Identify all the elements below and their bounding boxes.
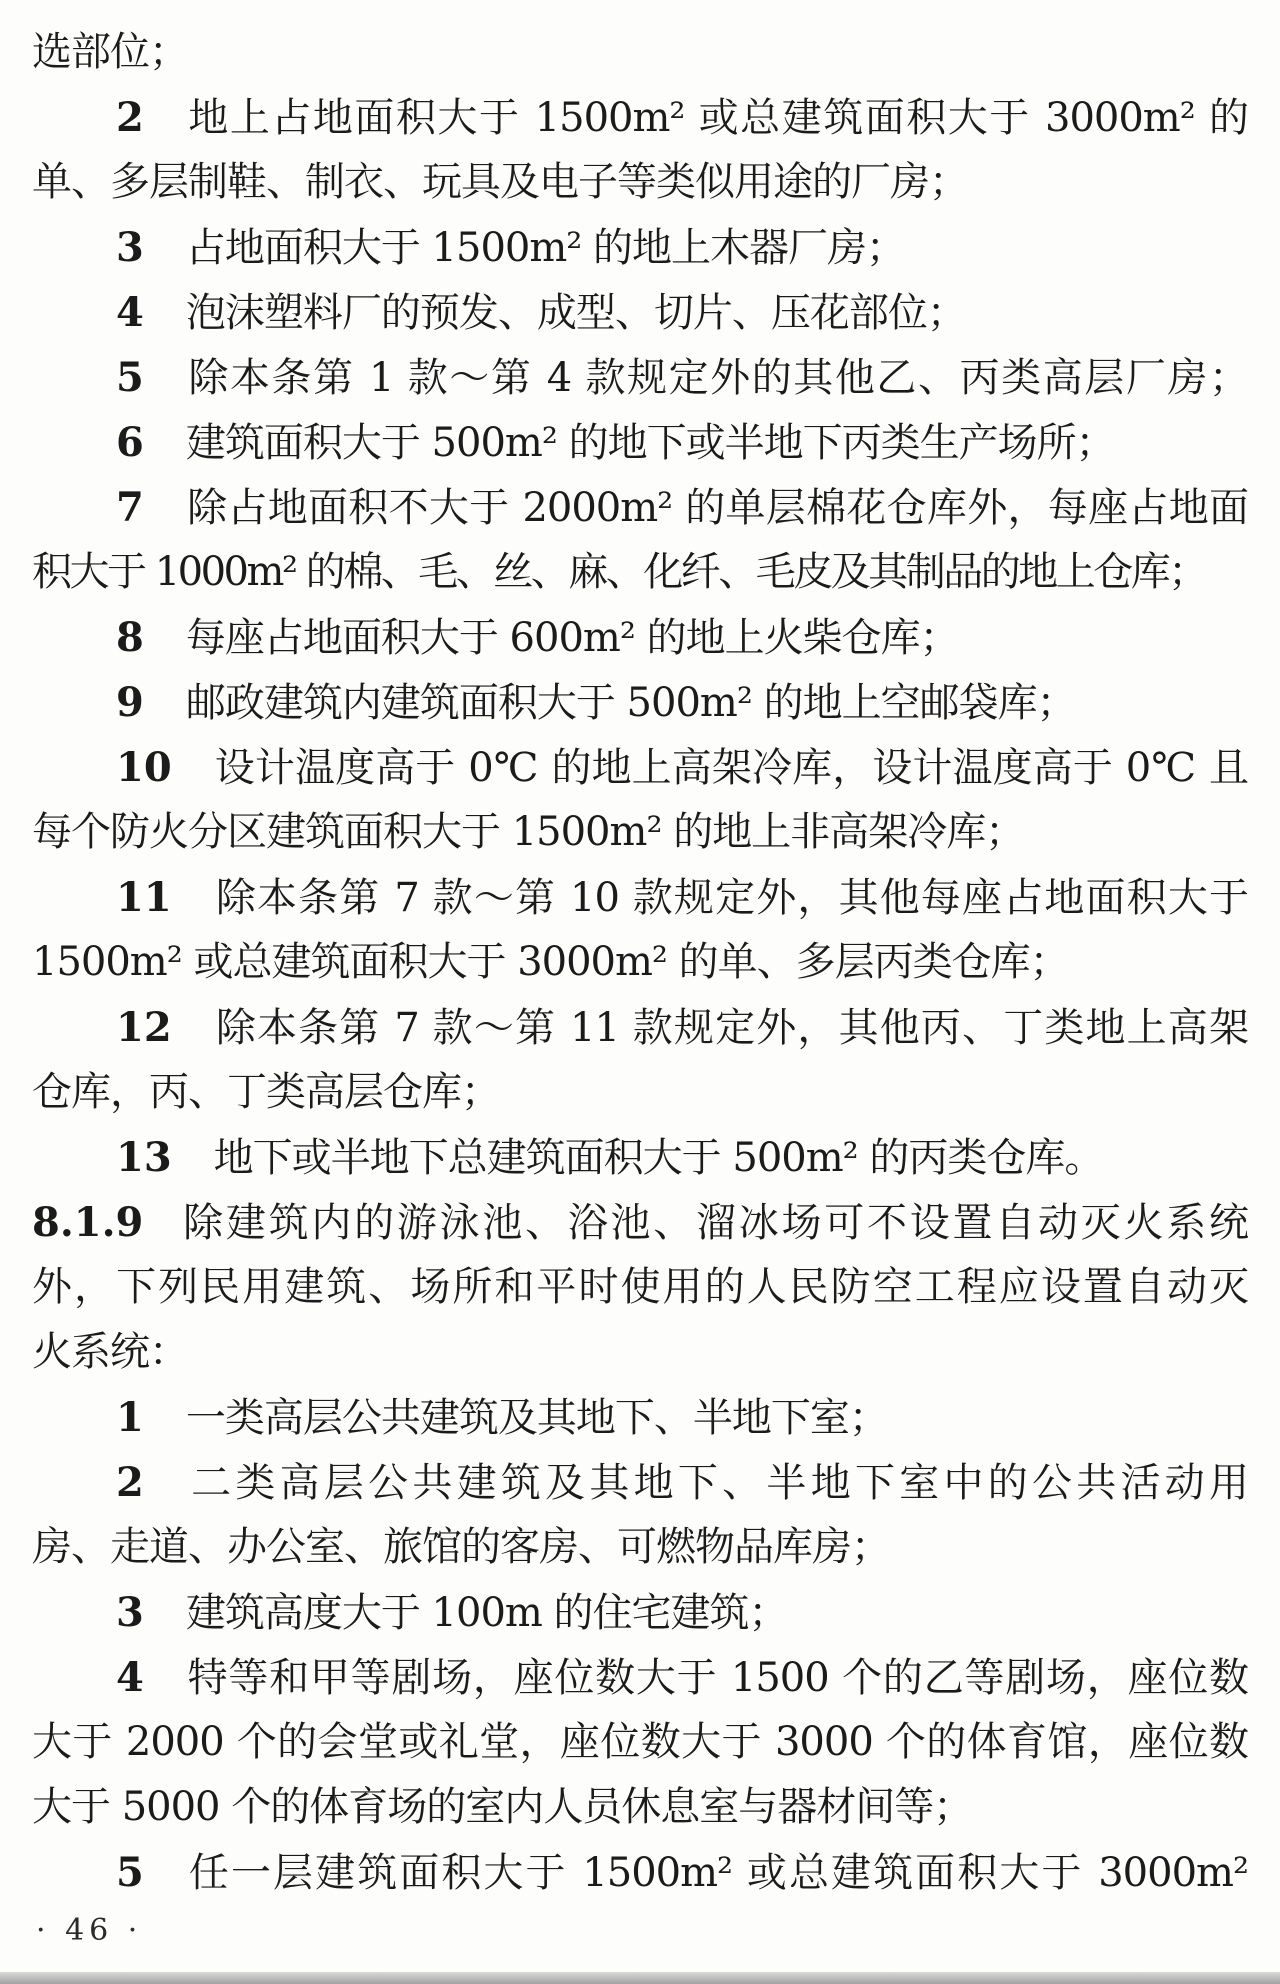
clause-text: 外，下列民用建筑、场所和平时使用的人民防空工程应设置自动灭 — [32, 1264, 1248, 1310]
text-line: 单、多层制鞋、制衣、玩具及电子等类似用途的厂房； — [32, 150, 1248, 215]
text-line: 外，下列民用建筑、场所和平时使用的人民防空工程应设置自动灭 — [32, 1255, 1248, 1320]
clause-text: 特等和甲等剧场，座位数大于 1500 个的乙等剧场，座位数 — [186, 1655, 1248, 1701]
clause-text: 地下或半地下总建筑面积大于 500m² 的丙类仓库。 — [214, 1135, 1104, 1181]
numbered-item-line: 5除本条第 1 款～第 4 款规定外的其他乙、丙类高层厂房； — [32, 345, 1248, 410]
clause-text: 房、走道、办公室、旅馆的客房、可燃物品库房； — [32, 1524, 890, 1570]
item-number: 2 — [116, 94, 144, 141]
clause-text: 任一层建筑面积大于 1500m² 或总建筑面积大于 3000m² — [186, 1850, 1248, 1896]
clause-text: 建筑高度大于 100m 的住宅建筑； — [186, 1590, 788, 1636]
item-number: 4 — [116, 1654, 144, 1701]
numbered-item-line: 2地上占地面积大于 1500m² 或总建筑面积大于 3000m² 的 — [32, 85, 1248, 150]
numbered-item-line: 2二类高层公共建筑及其地下、半地下室中的公共活动用 — [32, 1450, 1248, 1515]
clause-text: 邮政建筑内建筑面积大于 500m² 的地上空邮袋库； — [186, 680, 1076, 726]
numbered-item-line: 6建筑面积大于 500m² 的地下或半地下丙类生产场所； — [32, 410, 1248, 475]
numbered-item-line: 11除本条第 7 款～第 10 款规定外，其他每座占地面积大于 — [32, 865, 1248, 930]
numbered-item-line: 8每座占地面积大于 600m² 的地上火柴仓库； — [32, 605, 1248, 670]
numbered-item-line: 13地下或半地下总建筑面积大于 500m² 的丙类仓库。 — [32, 1125, 1248, 1190]
document-page: 选部位；2地上占地面积大于 1500m² 或总建筑面积大于 3000m² 的单、… — [0, 0, 1280, 1984]
text-line: 大于 2000 个的会堂或礼堂，座位数大于 3000 个的体育馆，座位数 — [32, 1710, 1248, 1775]
numbered-item-line: 4泡沫塑料厂的预发、成型、切片、压花部位； — [32, 280, 1248, 345]
numbered-item-line: 10设计温度高于 0℃ 的地上高架冷库，设计温度高于 0℃ 且 — [32, 735, 1248, 800]
numbered-item-line: 12除本条第 7 款～第 11 款规定外，其他丙、丁类地上高架 — [32, 995, 1248, 1060]
item-number: 5 — [116, 1849, 144, 1896]
clause-text: 大于 2000 个的会堂或礼堂，座位数大于 3000 个的体育馆，座位数 — [32, 1719, 1248, 1765]
text-line: 积大于 1000m² 的棉、毛、丝、麻、化纤、毛皮及其制品的地上仓库； — [32, 540, 1248, 605]
numbered-item-line: 5任一层建筑面积大于 1500m² 或总建筑面积大于 3000m² — [32, 1840, 1248, 1905]
clause-text: 每座占地面积大于 600m² 的地上火柴仓库； — [186, 615, 959, 661]
numbered-item-line: 9邮政建筑内建筑面积大于 500m² 的地上空邮袋库； — [32, 670, 1248, 735]
clause-text: 除本条第 1 款～第 4 款规定外的其他乙、丙类高层厂房； — [186, 355, 1248, 401]
text-line: 每个防火分区建筑面积大于 1500m² 的地上非高架冷库； — [32, 800, 1248, 865]
clause-text: 每个防火分区建筑面积大于 1500m² 的地上非高架冷库； — [32, 809, 1024, 855]
clause-text: 泡沫塑料厂的预发、成型、切片、压花部位； — [186, 290, 966, 336]
item-number: 7 — [116, 484, 144, 531]
clause-text: 二类高层公共建筑及其地下、半地下室中的公共活动用 — [186, 1460, 1248, 1506]
item-number: 6 — [116, 419, 144, 466]
clause-text: 地上占地面积大于 1500m² 或总建筑面积大于 3000m² 的 — [186, 95, 1248, 141]
clause-text: 除本条第 7 款～第 11 款规定外，其他丙、丁类地上高架 — [214, 1005, 1248, 1051]
item-number: 10 — [116, 744, 172, 791]
clause-text: 1500m² 或总建筑面积大于 3000m² 的单、多层丙类仓库； — [32, 939, 1069, 985]
item-number: 13 — [116, 1134, 172, 1181]
clause-text: 除占地面积不大于 2000m² 的单层棉花仓库外，每座占地面 — [186, 485, 1248, 531]
item-number: 11 — [116, 874, 172, 921]
item-number: 4 — [116, 289, 144, 336]
text-line: 房、走道、办公室、旅馆的客房、可燃物品库房； — [32, 1515, 1248, 1580]
numbered-item-line: 3建筑高度大于 100m 的住宅建筑； — [32, 1580, 1248, 1645]
clause-text: 除建筑内的游泳池、浴池、溜冰场可不设置自动灭火系统 — [179, 1200, 1248, 1246]
item-number: 3 — [116, 224, 144, 271]
clause-text: 建筑面积大于 500m² 的地下或半地下丙类生产场所； — [186, 420, 1115, 466]
clause-text: 大于 5000 个的体育场的室内人员休息室与器材间等； — [32, 1784, 972, 1830]
clause-text: 选部位； — [32, 29, 188, 75]
item-number: 8 — [116, 614, 144, 661]
section-clause-line: 8.1.9除建筑内的游泳池、浴池、溜冰场可不设置自动灭火系统 — [32, 1190, 1248, 1255]
clause-text: 火系统： — [32, 1329, 188, 1375]
numbered-item-line: 1一类高层公共建筑及其地下、半地下室； — [32, 1385, 1248, 1450]
text-block: 选部位；2地上占地面积大于 1500m² 或总建筑面积大于 3000m² 的单、… — [32, 20, 1248, 1905]
item-number: 3 — [116, 1589, 144, 1636]
section-number: 8.1.9 — [32, 1199, 143, 1246]
numbered-item-line: 3占地面积大于 1500m² 的地上木器厂房； — [32, 215, 1248, 280]
item-number: 9 — [116, 679, 144, 726]
clause-text: 设计温度高于 0℃ 的地上高架冷库，设计温度高于 0℃ 且 — [214, 745, 1248, 791]
clause-text: 单、多层制鞋、制衣、玩具及电子等类似用途的厂房； — [32, 159, 968, 205]
text-line: 1500m² 或总建筑面积大于 3000m² 的单、多层丙类仓库； — [32, 930, 1248, 995]
item-number: 1 — [116, 1394, 144, 1441]
item-number: 12 — [116, 1004, 172, 1051]
clause-text: 一类高层公共建筑及其地下、半地下室； — [186, 1395, 888, 1441]
text-line: 大于 5000 个的体育场的室内人员休息室与器材间等； — [32, 1775, 1248, 1840]
item-number: 5 — [116, 354, 144, 401]
numbered-item-line: 4特等和甲等剧场，座位数大于 1500 个的乙等剧场，座位数 — [32, 1645, 1248, 1710]
scan-bottom-edge — [0, 1972, 1280, 1984]
text-line: 火系统： — [32, 1320, 1248, 1385]
item-number: 2 — [116, 1459, 144, 1506]
numbered-item-line: 7除占地面积不大于 2000m² 的单层棉花仓库外，每座占地面 — [32, 475, 1248, 540]
clause-text: 仓库，丙、丁类高层仓库； — [32, 1069, 500, 1115]
text-line: 仓库，丙、丁类高层仓库； — [32, 1060, 1248, 1125]
clause-text: 除本条第 7 款～第 10 款规定外，其他每座占地面积大于 — [214, 875, 1248, 921]
clause-text: 积大于 1000m² 的棉、毛、丝、麻、化纤、毛皮及其制品的地上仓库； — [32, 549, 1206, 595]
page-number: · 46 · — [36, 1906, 142, 1956]
clause-text: 占地面积大于 1500m² 的地上木器厂房； — [186, 225, 905, 271]
text-line: 选部位； — [32, 20, 1248, 85]
